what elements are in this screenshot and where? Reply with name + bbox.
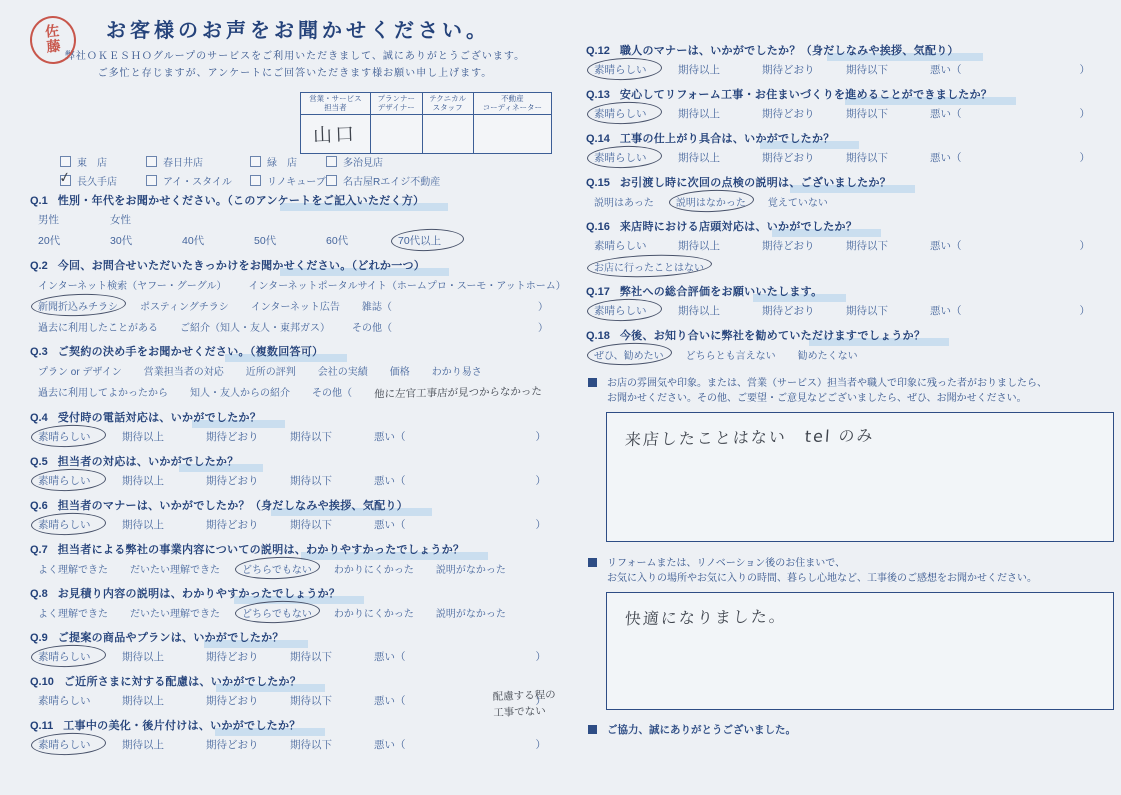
heading-line: お気に入りの場所やお気に入りの時間、暮らし心地など、工事後のご感想をお聞かせくだ… xyxy=(607,571,1037,586)
selected-option: 新聞折込みチラシ xyxy=(38,298,118,313)
question-title: お引渡し時に次回の点検の説明は、ございましたか？ xyxy=(620,174,891,190)
question-head: Q.5担当者の対応は、いかがでしたか？ xyxy=(30,453,570,469)
store-label: 多治見店 xyxy=(343,154,383,169)
staff-value-cell: 山口 xyxy=(301,114,371,153)
option: 女性 xyxy=(110,212,168,227)
option: その他（ xyxy=(312,384,352,399)
store-label: 名古屋Rエイジ不動産 xyxy=(343,173,440,188)
option-row: 説明はあった説明はなかった覚えていない xyxy=(594,194,1114,209)
option: 悪い（ xyxy=(374,649,406,664)
option: ポスティングチラシ xyxy=(140,298,229,313)
option: だいたい理解できた xyxy=(130,561,220,576)
question-title: 担当者のマナーは、いかがでしたか？（身だしなみや挨拶、気配り） xyxy=(58,497,408,513)
square-bullet-icon xyxy=(588,725,597,734)
option-row: 素晴らしい期待以上期待どおり期待以下悪い（） xyxy=(38,517,570,532)
question-q12: Q.12職人のマナーは、いかがでしたか？（身だしなみや挨拶、気配り）素晴らしい期… xyxy=(586,42,1114,77)
option-row: 20代30代40代50代60代70代以上 xyxy=(38,233,570,248)
staff-value-cell xyxy=(422,114,473,153)
option-row: よく理解できただいたい理解できたどちらでもないわかりにくかった説明がなかった xyxy=(38,605,570,620)
option: 悪い（ xyxy=(374,473,406,488)
store-row: 東 店春日井店緑 店多治見店 xyxy=(60,154,540,169)
option: 期待以上 xyxy=(678,62,738,77)
selected-option: 素晴らしい xyxy=(38,517,98,532)
option-row: 素晴らしい期待以上期待どおり期待以下悪い（） xyxy=(38,649,570,664)
question-number: Q.18 xyxy=(586,330,610,342)
store-option: 多治見店 xyxy=(326,154,540,169)
store-label: 東 店 xyxy=(77,154,107,169)
store-option: 緑 店 xyxy=(250,154,326,169)
question-q13: Q.13安心してリフォーム工事・お住まいづくりを進めることができましたか？素晴ら… xyxy=(586,86,1114,121)
option: 期待どおり xyxy=(762,303,822,318)
question-number: Q.13 xyxy=(586,89,610,101)
option: 期待以上 xyxy=(678,303,738,318)
handwritten-name: 山口 xyxy=(313,119,358,148)
option: 知人・友人からの紹介 xyxy=(190,384,290,399)
comment-section: お店の雰囲気や印象。または、営業（サービス）担当者や職人で印象に残った者がおりま… xyxy=(586,376,1114,542)
question-q5: Q.5担当者の対応は、いかがでしたか？素晴らしい期待以上期待どおり期待以下悪い（… xyxy=(30,453,570,488)
option: 説明はあった xyxy=(594,194,654,209)
option: インターネット広告 xyxy=(251,298,340,313)
handwritten-comment: 来店したことはない tel のみ xyxy=(624,423,875,450)
option-row: 素晴らしい期待以上期待どおり期待以下悪い（） xyxy=(38,693,570,708)
question-title: 担当者の対応は、いかがでしたか？ xyxy=(58,453,239,469)
option: ） xyxy=(536,429,547,444)
option: 説明がなかった xyxy=(436,605,506,620)
selected-option: 素晴らしい xyxy=(38,429,98,444)
question-title: 工事中の美化・後片付けは、いかがでしたか？ xyxy=(63,717,300,733)
option: ） xyxy=(536,649,547,664)
option: だいたい理解できた xyxy=(130,605,220,620)
option: 悪い（ xyxy=(930,303,962,318)
question-number: Q.1 xyxy=(30,195,48,207)
question-number: Q.2 xyxy=(30,260,48,272)
selected-option: 説明はなかった xyxy=(676,194,746,209)
store-label: リノキューブ xyxy=(267,173,326,188)
checkbox-icon xyxy=(250,156,261,167)
option: 悪い（ xyxy=(374,693,406,708)
store-option: アイ・スタイル xyxy=(146,173,250,188)
option: わかりにくかった xyxy=(334,561,414,576)
option: ） xyxy=(536,517,547,532)
option: よく理解できた xyxy=(38,605,108,620)
question-number: Q.11 xyxy=(30,720,53,732)
option-row: ぜひ、勧めたいどちらとも言えない勧めたくない xyxy=(594,347,1114,362)
option: 期待以下 xyxy=(846,106,906,121)
intro-line-2: ご多忙と存じますが、アンケートにご回答いただきます様お願い申し上げます。 xyxy=(30,64,560,79)
question-head: Q.15お引渡し時に次回の点検の説明は、ございましたか？ xyxy=(586,174,1114,190)
question-number: Q.6 xyxy=(30,500,48,512)
option: 期待以上 xyxy=(122,517,182,532)
option-row: 新聞折込みチラシポスティングチラシインターネット広告雑誌（） xyxy=(38,298,570,313)
option: ） xyxy=(1080,303,1091,318)
staff-header-row: 営業・サービス 担当者プランナー デザイナーテクニカル スタッフ不動産 コーディ… xyxy=(301,93,552,115)
selected-option: どちらでもない xyxy=(242,605,312,620)
question-number: Q.15 xyxy=(586,177,610,189)
option-row: 素晴らしい期待以上期待どおり期待以下悪い（） xyxy=(594,238,1114,253)
option: 期待以下 xyxy=(290,429,350,444)
question-head: Q.3ご契約の決め手をお聞かせください。（複数回答可） xyxy=(30,343,570,359)
question-head: Q.17弊社への総合評価をお願いいたします。 xyxy=(586,283,1114,299)
store-checkboxes: 東 店春日井店緑 店多治見店長久手店アイ・スタイルリノキューブ名古屋Rエイジ不動… xyxy=(60,154,540,192)
question-title: ご契約の決め手をお聞かせください。（複数回答可） xyxy=(58,343,324,359)
store-row: 長久手店アイ・スタイルリノキューブ名古屋Rエイジ不動産 xyxy=(60,173,540,188)
option: ） xyxy=(536,737,547,752)
question-q16: Q.16来店時における店頭対応は、いかがでしたか？素晴らしい期待以上期待どおり期… xyxy=(586,218,1114,274)
question-title: 弊社への総合評価をお願いいたします。 xyxy=(620,283,823,299)
selected-option: 70代以上 xyxy=(398,233,456,248)
option-row: 素晴らしい期待以上期待どおり期待以下悪い（） xyxy=(594,303,1114,318)
option: 期待以上 xyxy=(122,473,182,488)
option: 説明がなかった xyxy=(436,561,506,576)
selected-option: 素晴らしい xyxy=(38,737,98,752)
option: 期待以上 xyxy=(678,238,738,253)
heading-line: リフォームまたは、リノベーション後のお住まいで、 xyxy=(607,556,1037,571)
option: ） xyxy=(1080,106,1091,121)
option: 期待以下 xyxy=(290,473,350,488)
option-row: 素晴らしい期待以上期待どおり期待以下悪い（） xyxy=(594,106,1114,121)
question-head: Q.2今回、お問合せいただいたきっかけをお聞かせください。（どれか一つ） xyxy=(30,257,570,273)
option: 50代 xyxy=(254,233,312,248)
checkbox-icon xyxy=(60,156,71,167)
option: 60代 xyxy=(326,233,384,248)
option: 期待以下 xyxy=(290,649,350,664)
option: プラン or デザイン xyxy=(38,363,122,378)
question-number: Q.8 xyxy=(30,588,48,600)
option: 期待どおり xyxy=(206,517,266,532)
comment-sections: お店の雰囲気や印象。または、営業（サービス）担当者や職人で印象に残った者がおりま… xyxy=(586,376,1114,710)
staff-value-row: 山口 xyxy=(301,114,552,153)
question-q11: Q.11工事中の美化・後片付けは、いかがでしたか？素晴らしい期待以上期待どおり期… xyxy=(30,717,570,752)
option: 期待以上 xyxy=(122,649,182,664)
staff-column-header: 営業・サービス 担当者 xyxy=(301,93,371,115)
option: ） xyxy=(1080,150,1091,165)
questions-left: Q.1性別・年代をお聞かせください。（このアンケートをご記入いただく方）男性女性… xyxy=(30,192,570,752)
option: 期待以下 xyxy=(846,303,906,318)
option: 悪い（ xyxy=(374,429,406,444)
option: わかり易さ xyxy=(432,363,482,378)
option: 期待以下 xyxy=(290,737,350,752)
question-head: Q.10ご近所さまに対する配慮は、いかがでしたか？ xyxy=(30,673,570,689)
stamp-char-bottom: 藤 xyxy=(46,39,61,55)
selected-option: 素晴らしい xyxy=(594,62,654,77)
option: 期待以上 xyxy=(122,737,182,752)
checkbox-icon xyxy=(146,156,157,167)
option: インターネットポータルサイト（ホームプロ・スーモ・アットホーム） xyxy=(249,277,566,292)
option: 男性 xyxy=(38,212,96,227)
question-title: ご提案の商品やプランは、いかがでしたか？ xyxy=(58,629,284,645)
question-number: Q.14 xyxy=(586,133,610,145)
square-bullet-icon xyxy=(588,558,597,567)
question-number: Q.7 xyxy=(30,544,48,556)
intro-line-1: 弊社ＯＫＥＳＨＯグループのサービスをご利用いただきまして、誠にありがとうございま… xyxy=(30,47,560,62)
store-label: 春日井店 xyxy=(163,154,203,169)
option: 素晴らしい xyxy=(38,693,98,708)
question-number: Q.17 xyxy=(586,286,610,298)
option: 期待以下 xyxy=(846,238,906,253)
comment-heading: お店の雰囲気や印象。または、営業（サービス）担当者や職人で印象に残った者がおりま… xyxy=(586,376,1114,406)
heading-line: お聞かせください。その他、ご要望・ご意見などございましたら、ぜひ、お聞かせくださ… xyxy=(607,391,1047,406)
option: 価格 xyxy=(390,363,410,378)
right-column: Q.12職人のマナーは、いかがでしたか？（身だしなみや挨拶、気配り）素晴らしい期… xyxy=(586,42,1114,737)
option-row: 過去に利用したことがあるご紹介（知人・友人・東邦ガス）その他（） xyxy=(38,319,570,334)
option: インターネット検索（ヤフー・グーグル） xyxy=(38,277,227,292)
option: 期待どおり xyxy=(206,737,266,752)
question-title: 性別・年代をお聞かせください。（このアンケートをご記入いただく方） xyxy=(58,192,425,208)
option: 期待どおり xyxy=(206,473,266,488)
option-row: 過去に利用してよかったから知人・友人からの紹介その他（他に左官工事店が見つからな… xyxy=(38,384,570,400)
store-option: 名古屋Rエイジ不動産 xyxy=(326,173,540,188)
option: 期待以上 xyxy=(122,693,182,708)
option: 悪い（ xyxy=(930,238,962,253)
option: 期待以下 xyxy=(846,62,906,77)
option: 過去に利用してよかったから xyxy=(38,384,168,399)
question-number: Q.3 xyxy=(30,346,48,358)
option-row: 素晴らしい期待以上期待どおり期待以下悪い（） xyxy=(38,737,570,752)
staff-table: 営業・サービス 担当者プランナー デザイナーテクニカル スタッフ不動産 コーディ… xyxy=(300,92,552,154)
question-number: Q.10 xyxy=(30,676,54,688)
question-title: 受付時の電話対応は、いかがでしたか？ xyxy=(58,409,261,425)
checkbox-icon xyxy=(326,156,337,167)
option: ） xyxy=(1080,238,1091,253)
option: 期待以下 xyxy=(290,517,350,532)
option: 期待どおり xyxy=(206,693,266,708)
option: 覚えていない xyxy=(768,194,828,209)
option: 20代 xyxy=(38,233,96,248)
option: 期待以下 xyxy=(290,693,350,708)
option: 過去に利用したことがある xyxy=(38,319,158,334)
option: 悪い（ xyxy=(374,737,406,752)
option: その他（ xyxy=(352,319,392,334)
question-title: お見積り内容の説明は、わかりやすかったでしょうか？ xyxy=(58,585,341,601)
option-row: インターネット検索（ヤフー・グーグル）インターネットポータルサイト（ホームプロ・… xyxy=(38,277,570,292)
store-option: 東 店 xyxy=(60,154,146,169)
option: 悪い（ xyxy=(930,150,962,165)
selected-option: 素晴らしい xyxy=(38,649,98,664)
comment-box: 快適になりました。 xyxy=(606,592,1114,710)
question-number: Q.12 xyxy=(586,45,610,57)
question-head: Q.16来店時における店頭対応は、いかがでしたか？ xyxy=(586,218,1114,234)
question-title: 来店時における店頭対応は、いかがでしたか？ xyxy=(620,218,857,234)
selected-option: 素晴らしい xyxy=(594,303,654,318)
question-title: 今後、お知り合いに弊社を勧めていただけますでしょうか？ xyxy=(620,327,925,343)
option: 期待どおり xyxy=(762,238,822,253)
question-q7: Q.7担当者による弊社の事業内容についての説明は、わかりやすかったでしょうか？よ… xyxy=(30,541,570,576)
comment-section: リフォームまたは、リノベーション後のお住まいで、お気に入りの場所やお気に入りの時… xyxy=(586,556,1114,710)
option: 勧めたくない xyxy=(798,347,858,362)
question-title: 工事の仕上がり具合は、いかがでしたか？ xyxy=(620,130,835,146)
question-title: ご近所さまに対する配慮は、いかがでしたか？ xyxy=(64,673,301,689)
staff-column-header: 不動産 コーディネーター xyxy=(473,93,551,115)
square-bullet-icon xyxy=(588,378,597,387)
option: わかりにくかった xyxy=(334,605,414,620)
option: 期待以上 xyxy=(122,429,182,444)
comment-box: 来店したことはない tel のみ xyxy=(606,412,1114,542)
question-q6: Q.6担当者のマナーは、いかがでしたか？（身だしなみや挨拶、気配り）素晴らしい期… xyxy=(30,497,570,532)
comment-heading-lines: お店の雰囲気や印象。または、営業（サービス）担当者や職人で印象に残った者がおりま… xyxy=(607,376,1047,406)
option: 期待以上 xyxy=(678,150,738,165)
option-row: 素晴らしい期待以上期待どおり期待以下悪い（） xyxy=(594,62,1114,77)
survey-page: 佐 藤 お客様のお声をお聞かせください。 弊社ＯＫＥＳＨＯグループのサービスをご… xyxy=(0,0,1121,795)
question-head: Q.4受付時の電話対応は、いかがでしたか？ xyxy=(30,409,570,425)
option-row: 素晴らしい期待以上期待どおり期待以下悪い（） xyxy=(38,473,570,488)
checkbox-icon xyxy=(326,175,337,186)
question-number: Q.5 xyxy=(30,456,48,468)
store-option: 春日井店 xyxy=(146,154,250,169)
handwritten-comment: 快適になりました。 xyxy=(624,604,788,630)
store-option: 長久手店 xyxy=(60,173,146,188)
questions-right: Q.12職人のマナーは、いかがでしたか？（身だしなみや挨拶、気配り）素晴らしい期… xyxy=(586,42,1114,362)
question-head: Q.12職人のマナーは、いかがでしたか？（身だしなみや挨拶、気配り） xyxy=(586,42,1114,58)
store-label: アイ・スタイル xyxy=(163,173,232,188)
handwritten-answer: 他に左官工事店が見つからなかった xyxy=(374,384,543,402)
checkbox-icon xyxy=(146,175,157,186)
option: 期待どおり xyxy=(762,106,822,121)
option: 悪い（ xyxy=(374,517,406,532)
question-head: Q.13安心してリフォーム工事・お住まいづくりを進めることができましたか？ xyxy=(586,86,1114,102)
checkbox-icon xyxy=(250,175,261,186)
option: 40代 xyxy=(182,233,240,248)
heading-line: お店の雰囲気や印象。または、営業（サービス）担当者や職人で印象に残った者がおりま… xyxy=(607,376,1047,391)
checked-checkbox-icon xyxy=(60,175,71,186)
option-row: よく理解できただいたい理解できたどちらでもないわかりにくかった説明がなかった xyxy=(38,561,570,576)
option: 会社の実績 xyxy=(318,363,368,378)
option: 期待以下 xyxy=(846,150,906,165)
option: 期待どおり xyxy=(762,62,822,77)
question-q17: Q.17弊社への総合評価をお願いいたします。素晴らしい期待以上期待どおり期待以下… xyxy=(586,283,1114,318)
page-title: お客様のお声をお聞かせください。 xyxy=(106,14,570,43)
selected-option: どちらでもない xyxy=(242,561,312,576)
selected-option: 素晴らしい xyxy=(594,150,654,165)
staff-value-cell xyxy=(473,114,551,153)
option: ご紹介（知人・友人・東邦ガス） xyxy=(180,319,330,334)
question-head: Q.6担当者のマナーは、いかがでしたか？（身だしなみや挨拶、気配り） xyxy=(30,497,570,513)
option-row: 素晴らしい期待以上期待どおり期待以下悪い（） xyxy=(594,150,1114,165)
option: 雑誌（ xyxy=(362,298,392,313)
question-q15: Q.15お引渡し時に次回の点検の説明は、ございましたか？説明はあった説明はなかっ… xyxy=(586,174,1114,209)
option: ） xyxy=(1080,62,1091,77)
form-header: 佐 藤 お客様のお声をお聞かせください。 弊社ＯＫＥＳＨＯグループのサービスをご… xyxy=(30,14,570,192)
option-row: 男性女性 xyxy=(38,212,570,227)
question-q1: Q.1性別・年代をお聞かせください。（このアンケートをご記入いただく方）男性女性… xyxy=(30,192,570,248)
option: ） xyxy=(538,319,548,334)
staff-column-header: テクニカル スタッフ xyxy=(422,93,473,115)
question-head: Q.1性別・年代をお聞かせください。（このアンケートをご記入いただく方） xyxy=(30,192,570,208)
question-q4: Q.4受付時の電話対応は、いかがでしたか？素晴らしい期待以上期待どおり期待以下悪… xyxy=(30,409,570,444)
question-number: Q.4 xyxy=(30,412,48,424)
store-label: 緑 店 xyxy=(267,154,297,169)
store-label: 長久手店 xyxy=(77,173,117,188)
left-column: 佐 藤 お客様のお声をお聞かせください。 弊社ＯＫＥＳＨＯグループのサービスをご… xyxy=(30,8,570,761)
option: 30代 xyxy=(110,233,168,248)
staff-column-header: プランナー デザイナー xyxy=(370,93,422,115)
staff-value-cell xyxy=(370,114,422,153)
question-q14: Q.14工事の仕上がり具合は、いかがでしたか？素晴らしい期待以上期待どおり期待以… xyxy=(586,130,1114,165)
option: 期待どおり xyxy=(762,150,822,165)
comment-heading-lines: リフォームまたは、リノベーション後のお住まいで、お気に入りの場所やお気に入りの時… xyxy=(607,556,1037,586)
question-number: Q.16 xyxy=(586,221,610,233)
footer-thanks: ご協力、誠にありがとうございました。 xyxy=(586,722,1114,737)
question-head: Q.14工事の仕上がり具合は、いかがでしたか？ xyxy=(586,130,1114,146)
option: よく理解できた xyxy=(38,561,108,576)
option: 悪い（ xyxy=(930,106,962,121)
selected-option: お店に行ったことはない xyxy=(594,259,704,274)
selected-option: 素晴らしい xyxy=(594,106,654,121)
option: 近所の評判 xyxy=(246,363,296,378)
option: 悪い（ xyxy=(930,62,962,77)
question-head: Q.8お見積り内容の説明は、わかりやすかったでしょうか？ xyxy=(30,585,570,601)
question-number: Q.9 xyxy=(30,632,48,644)
option: 期待以上 xyxy=(678,106,738,121)
question-head: Q.9ご提案の商品やプランは、いかがでしたか？ xyxy=(30,629,570,645)
question-title: 職人のマナーは、いかがでしたか？（身だしなみや挨拶、気配り） xyxy=(620,42,959,58)
option: ） xyxy=(536,473,547,488)
question-title: 安心してリフォーム工事・お住まいづくりを進めることができましたか？ xyxy=(620,86,992,102)
option: どちらとも言えない xyxy=(686,347,776,362)
question-title: 担当者による弊社の事業内容についての説明は、わかりやすかったでしょうか？ xyxy=(58,541,465,557)
option-row: 素晴らしい期待以上期待どおり期待以下悪い（） xyxy=(38,429,570,444)
selected-option: 素晴らしい xyxy=(38,473,98,488)
question-q9: Q.9ご提案の商品やプランは、いかがでしたか？素晴らしい期待以上期待どおり期待以… xyxy=(30,629,570,664)
option-row: プラン or デザイン営業担当者の対応近所の評判会社の実績価格わかり易さ xyxy=(38,363,570,378)
question-head: Q.11工事中の美化・後片付けは、いかがでしたか？ xyxy=(30,717,570,733)
question-title: 今回、お問合せいただいたきっかけをお聞かせください。（どれか一つ） xyxy=(58,257,425,273)
option-row: お店に行ったことはない xyxy=(594,259,1114,274)
option: 期待どおり xyxy=(206,649,266,664)
footer-text: ご協力、誠にありがとうございました。 xyxy=(607,722,796,737)
note-line: 配慮する程の xyxy=(492,688,556,706)
question-head: Q.7担当者による弊社の事業内容についての説明は、わかりやすかったでしょうか？ xyxy=(30,541,570,557)
question-q8: Q.8お見積り内容の説明は、わかりやすかったでしょうか？よく理解できただいたい理… xyxy=(30,585,570,620)
option: 期待どおり xyxy=(206,429,266,444)
question-q10: Q.10ご近所さまに対する配慮は、いかがでしたか？素晴らしい期待以上期待どおり期… xyxy=(30,673,570,708)
option: ） xyxy=(538,298,548,313)
comment-heading: リフォームまたは、リノベーション後のお住まいで、お気に入りの場所やお気に入りの時… xyxy=(586,556,1114,586)
store-option: リノキューブ xyxy=(250,173,326,188)
question-q18: Q.18今後、お知り合いに弊社を勧めていただけますでしょうか？ぜひ、勧めたいどち… xyxy=(586,327,1114,362)
option: 営業担当者の対応 xyxy=(144,363,224,378)
question-q3: Q.3ご契約の決め手をお聞かせください。（複数回答可）プラン or デザイン営業… xyxy=(30,343,570,400)
question-q2: Q.2今回、お問合せいただいたきっかけをお聞かせください。（どれか一つ）インター… xyxy=(30,257,570,334)
question-head: Q.18今後、お知り合いに弊社を勧めていただけますでしょうか？ xyxy=(586,327,1114,343)
selected-option: ぜひ、勧めたい xyxy=(594,347,664,362)
option: 素晴らしい xyxy=(594,238,654,253)
